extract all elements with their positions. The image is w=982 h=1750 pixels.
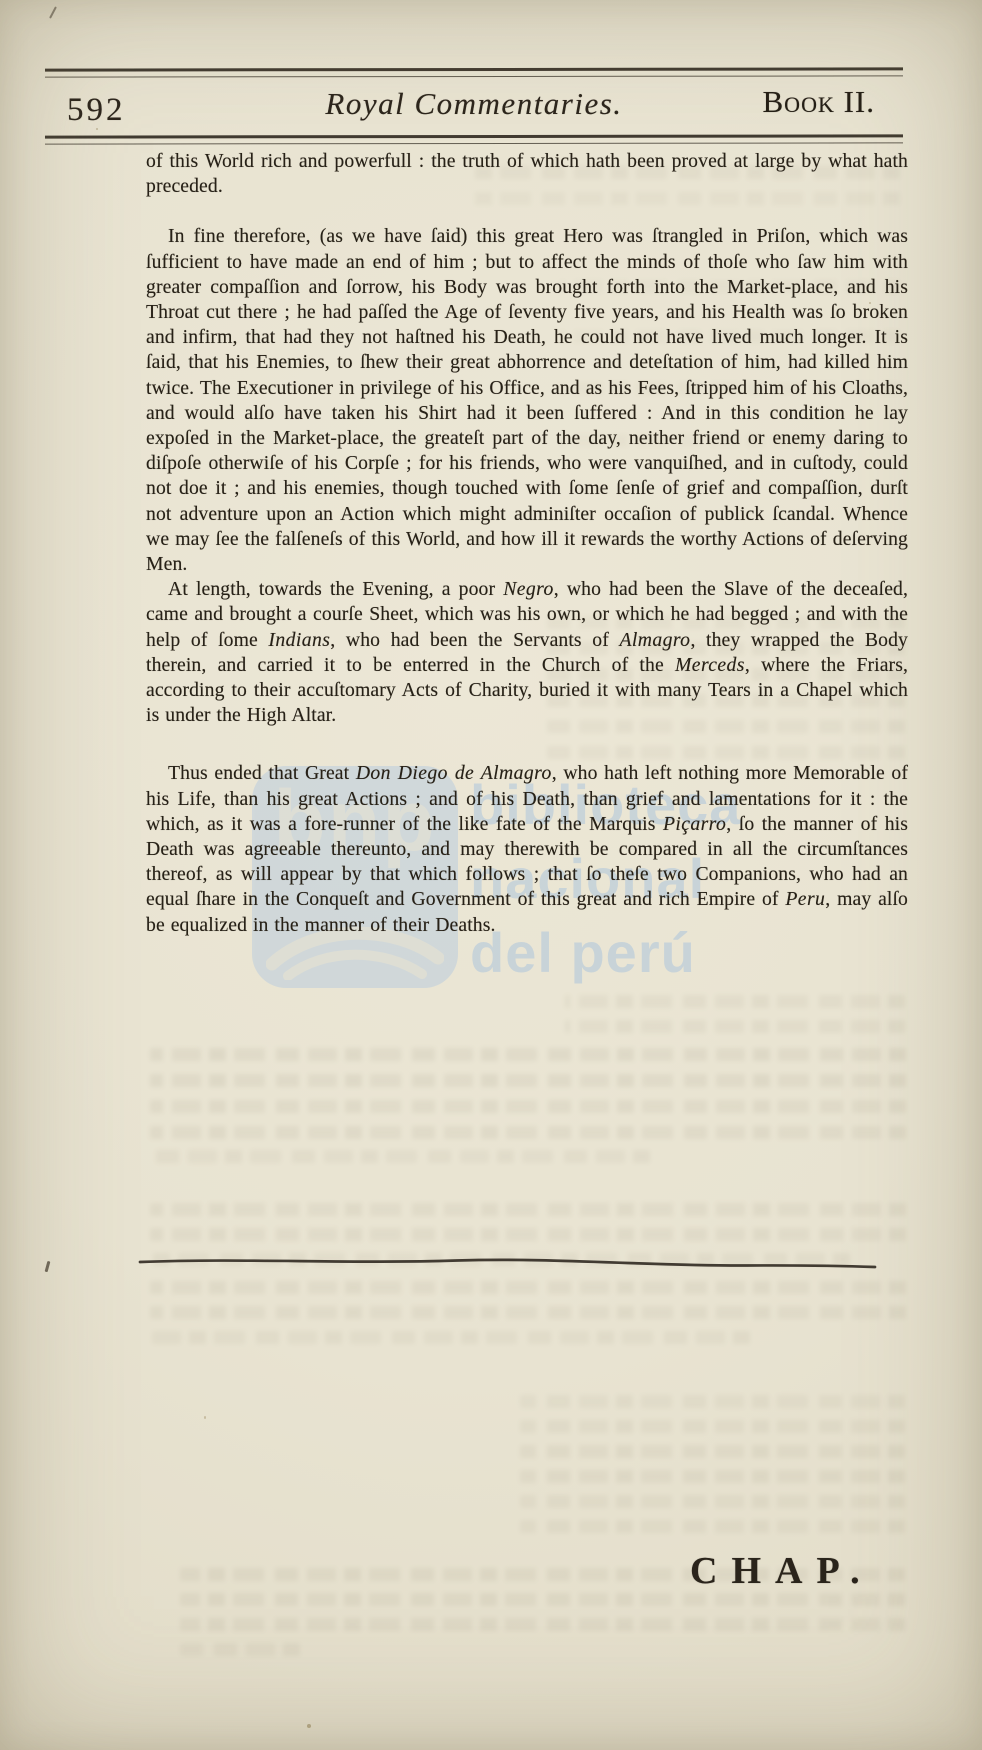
header-rule-bottom [45, 134, 903, 144]
running-head: 592 Royal Commentaries. Book II. [45, 84, 903, 132]
paragraph: Thus ended that Great Don Diego de Almag… [146, 761, 908, 937]
italic-name: Peru [785, 888, 825, 910]
paper-speck [204, 1416, 206, 1419]
header-rule-top [45, 67, 903, 77]
italic-name: Indians [268, 629, 330, 651]
catchword: CHAP. [690, 1549, 874, 1593]
book-page-scan: bnp biblioteca nacional del perú 592 Roy… [0, 0, 982, 1750]
paragraph: of this World rich and powerfull : the t… [146, 149, 908, 199]
text-run: In fine therefore, (as we have ſaid) thi… [146, 225, 908, 575]
body-text: of this World rich and powerfull : the t… [146, 149, 908, 938]
paper-speck [96, 128, 98, 130]
stray-ink-mark [49, 6, 57, 18]
book-label: Book II. [763, 84, 876, 120]
text-run: , who had been the Servants of [330, 629, 619, 651]
paragraph: In fine therefore, (as we have ſaid) thi… [146, 224, 908, 577]
italic-name: Merceds [675, 654, 745, 676]
italic-name: Negro [503, 578, 554, 600]
section-divider-rule [137, 1254, 879, 1272]
text-run: At length, towards the Evening, a poor [168, 578, 503, 600]
italic-name: Don Diego de Almagro [356, 762, 552, 784]
italic-name: Piçarro [663, 813, 726, 835]
paragraph: At length, towards the Evening, a poor N… [146, 577, 908, 728]
italic-name: Almagro [619, 629, 690, 651]
paper-speck [576, 232, 578, 234]
paper-speck [869, 302, 871, 304]
text-run: Thus ended that Great [168, 762, 356, 784]
text-run: of this World rich and powerfull : the t… [146, 150, 908, 197]
printed-content: 592 Royal Commentaries. Book II. of this… [0, 0, 982, 1750]
paper-speck [307, 1724, 311, 1728]
stray-ink-mark [45, 1261, 50, 1272]
